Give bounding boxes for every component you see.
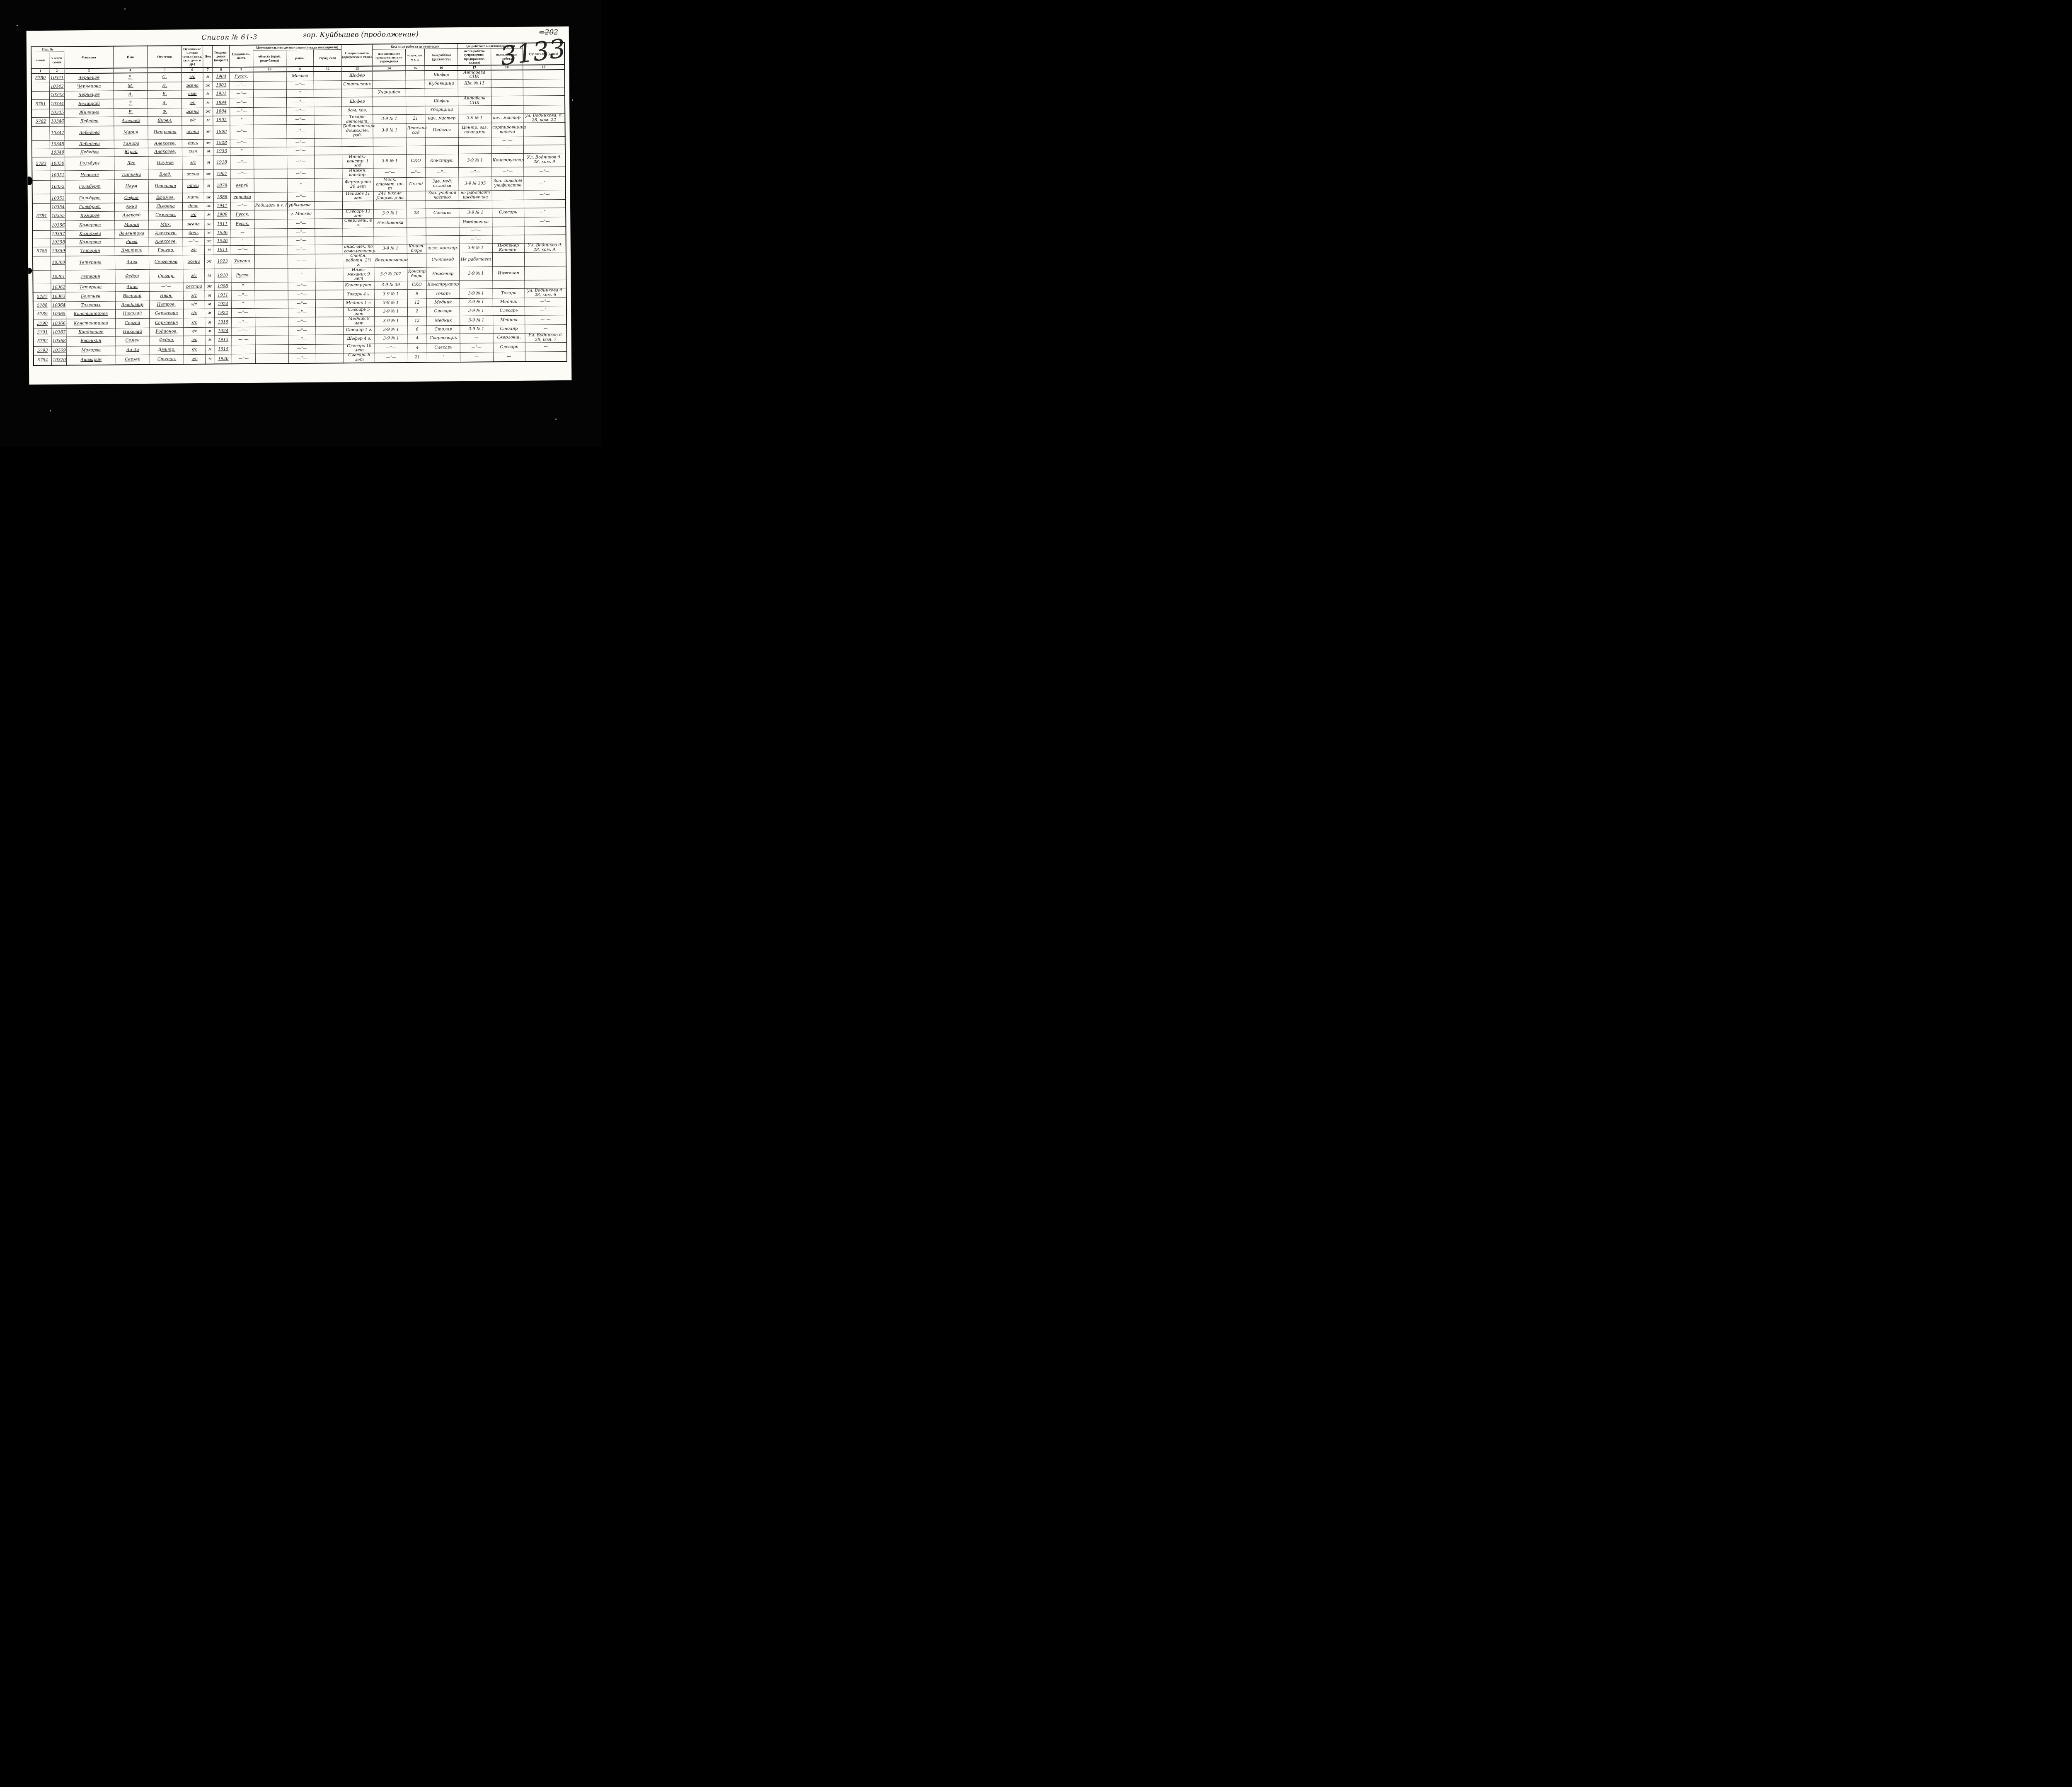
cell: Слесарь (427, 343, 460, 353)
cell: м (204, 246, 214, 255)
cell: Шофер (425, 97, 458, 106)
cell: 10364 (51, 302, 66, 310)
cell: Медник 1 г. (343, 299, 374, 308)
cell: Медник (426, 316, 460, 326)
cell (425, 88, 458, 97)
cell: А. (114, 90, 148, 99)
cell: —"— (230, 169, 254, 179)
cell: г/с (182, 72, 203, 82)
cell: Автобаза СНК (458, 96, 491, 106)
cell: Василий (115, 292, 149, 301)
cell: —"— (230, 107, 253, 116)
cell: Детский сад (406, 123, 425, 138)
cell: —"— (427, 353, 460, 363)
cell: —"— (288, 290, 315, 300)
cell: —"— (524, 176, 566, 190)
cell (458, 137, 491, 146)
cell: Алексей (114, 211, 149, 220)
cell (405, 70, 424, 80)
cell (315, 209, 343, 219)
cell: Сергеевна (149, 255, 183, 269)
cell: Константинов (66, 319, 116, 329)
cell: ж (204, 255, 214, 269)
cell (31, 140, 50, 149)
cell: София (114, 193, 149, 203)
cell: 1936 (214, 229, 231, 237)
cell: А. (148, 99, 182, 108)
scan-noise (17, 25, 18, 26)
cell (523, 145, 565, 153)
column-number: 3 (64, 68, 113, 73)
cell: Комарова (65, 220, 115, 230)
cell (373, 146, 406, 155)
header-birth-year: Год рож­дения (воз­раст) (212, 45, 230, 67)
cell: 1903 (213, 82, 230, 90)
cell: Фармацевт 20 лет (342, 178, 373, 192)
cell: Ул. Водников д. 28, ком. 9 (523, 153, 565, 167)
cell: Ал-др (116, 346, 150, 355)
cell: нач. мастер (425, 114, 458, 123)
cell: —"— (232, 335, 255, 345)
cell: Тетерин (65, 247, 115, 256)
cell: ж (204, 229, 213, 237)
cell: Центр. газ. почтамт (458, 123, 491, 137)
cell: Интех.-констр. 1 год (342, 155, 373, 169)
cell: Е. (114, 108, 148, 117)
cell (255, 327, 288, 336)
cell (341, 89, 373, 97)
evacuation-list-table: Пор. № Фамилия Имя Отчество Отношение к … (31, 42, 567, 366)
cell (491, 96, 523, 105)
cell: г/с (183, 269, 205, 283)
cell: Дмитр. (150, 345, 184, 355)
cell: г/с (184, 336, 205, 345)
cell (426, 200, 459, 209)
cell: 10342 (49, 83, 64, 91)
cell: —"— (524, 217, 566, 227)
cell: —"— (231, 245, 254, 255)
cell: —"— (491, 167, 523, 177)
column-number: 11 (286, 67, 314, 72)
header-family-members: чле­нов семей (49, 52, 64, 69)
cell: сын (182, 148, 203, 156)
cell: Родионов. (150, 328, 184, 336)
cell (315, 300, 343, 308)
cell (316, 308, 344, 317)
cell: 3-9 № 1 (458, 154, 491, 168)
cell: 10349 (50, 149, 65, 157)
cell: Влад. (148, 170, 183, 179)
cell: —"— (288, 335, 316, 344)
cell: Анна (114, 203, 148, 211)
cell: не работает иждивенка (459, 191, 492, 200)
cell (315, 201, 343, 210)
cell: —"— (232, 354, 255, 364)
cell: Т. (114, 99, 148, 108)
cell: Наумов (148, 156, 182, 170)
cell (407, 218, 426, 227)
cell (32, 171, 50, 180)
cell (255, 335, 288, 345)
cell: Комаров (65, 211, 115, 221)
cell (254, 155, 287, 169)
cell: —"— (524, 190, 566, 200)
cell: Петров. (149, 301, 183, 310)
cell: 5785 (33, 247, 51, 256)
cell: 5787 (33, 292, 51, 302)
cell: Шк. № 11 (458, 80, 491, 88)
cell (253, 98, 286, 107)
cell: Слесарь (426, 307, 460, 316)
cell: Конструк. (425, 154, 458, 168)
cell: Семен (115, 336, 150, 346)
cell: —"— (287, 147, 315, 155)
column-number: 16 (425, 65, 458, 70)
cell: ж (203, 108, 213, 116)
cell: Сверловщик (427, 334, 460, 343)
cell: 6 (407, 326, 426, 334)
cell (316, 353, 344, 363)
cell: —"— (286, 107, 314, 116)
cell: Кубовщица (425, 80, 458, 89)
cell (253, 107, 286, 116)
cell (407, 254, 426, 268)
cell (343, 228, 374, 237)
cell: Степан. (150, 355, 184, 365)
cell: 5791 (33, 329, 51, 337)
cell: —"— (230, 147, 254, 155)
cell (460, 281, 493, 289)
cell: —"— (288, 268, 315, 282)
cell (407, 227, 426, 236)
cell: Инж.-механик 9 лет (343, 268, 374, 282)
cell (491, 87, 523, 96)
cell (33, 270, 51, 284)
cell: Чернецов (64, 73, 114, 83)
cell: —"— (373, 168, 406, 178)
cell: Юрий (114, 148, 148, 157)
cell: 10356 (51, 221, 65, 230)
cell: Медник 9 лет (344, 317, 375, 326)
cell: еврейка (230, 192, 254, 202)
handwritten-stamp: 3133 (499, 37, 567, 68)
cell: 5793 (33, 346, 51, 356)
cell: Медник (493, 298, 525, 307)
cell: м (205, 309, 214, 318)
cell: 1913 (215, 336, 232, 345)
cell: 3-9 № 1 (460, 307, 493, 316)
cell (254, 254, 288, 268)
cell (254, 210, 287, 219)
cell: — (231, 229, 254, 237)
cell: Петровна (148, 126, 182, 140)
column-number: 13 (341, 66, 373, 71)
header-oblast: область (край, республика) (253, 50, 286, 67)
cell: 21 (408, 353, 427, 362)
ink-blot (26, 268, 32, 274)
cell: м (205, 345, 215, 355)
cell (406, 106, 425, 114)
cell: ж (204, 193, 213, 202)
cell: — (460, 352, 493, 362)
cell (32, 230, 51, 239)
cell: Учащийся (373, 89, 406, 97)
cell: м (205, 300, 214, 309)
cell: Библиотекарь дошкольн. раб. (342, 124, 373, 138)
cell: —"— (287, 155, 315, 169)
cell (254, 268, 288, 283)
cell (315, 282, 343, 290)
cell: м (203, 148, 213, 156)
cell: С. (148, 73, 182, 82)
cell (315, 219, 343, 228)
cell: Инжен. констр. (342, 168, 373, 178)
cell: Конст. бюро (407, 244, 426, 254)
cell: —"— (286, 97, 314, 107)
column-number: 12 (314, 66, 341, 71)
cell: 9 (407, 289, 426, 299)
table-body: 578010341ЧернецовЕ.С.г/см1904Русск.Москв… (31, 70, 566, 365)
cell (32, 239, 51, 247)
cell (254, 237, 288, 246)
cell (314, 138, 342, 147)
cell: 3-9 № 1 (459, 244, 492, 253)
cell (254, 178, 287, 192)
cell: 10361 (51, 270, 66, 284)
cell (316, 317, 344, 326)
cell: 3-9 № 1 (374, 299, 407, 307)
cell: Счетовод (426, 253, 459, 267)
cell: г/с (184, 309, 205, 318)
cell (491, 79, 523, 88)
cell: ж (203, 125, 213, 139)
cell: жена (182, 126, 203, 140)
cell: Лебедева (65, 140, 114, 149)
column-number: 8 (213, 67, 230, 72)
cell (315, 155, 342, 169)
cell (374, 236, 407, 244)
cell: 10351 (50, 171, 65, 180)
cell: —"— (288, 317, 316, 327)
cell (315, 192, 342, 201)
cell (253, 125, 286, 139)
cell (255, 300, 288, 309)
cell: Педагог (425, 123, 458, 138)
cell: Николай (115, 328, 149, 336)
cell: 10368 (51, 337, 66, 346)
cell: Медник (493, 316, 525, 325)
cell: Алла (115, 256, 149, 270)
table-header: Пор. № Фамилия Имя Отчество Отношение к … (31, 43, 564, 74)
cell: 1884 (213, 108, 230, 116)
cell: —"— (231, 308, 255, 318)
cell (524, 226, 566, 235)
cell: жена (182, 82, 203, 90)
cell (315, 169, 342, 178)
cell: Конструктор (491, 153, 523, 167)
cell: 1911 (213, 220, 230, 229)
cell: Лебедев (65, 148, 114, 157)
cell: 1928 (213, 139, 230, 148)
cell: Алексеев. (148, 139, 182, 148)
cell: Токарь 4 г. (343, 290, 374, 299)
cell: Столяр (493, 325, 525, 334)
cell: м (205, 318, 214, 328)
cell: жена (183, 255, 204, 269)
cell: —"— (286, 138, 314, 147)
cell: —"— (232, 345, 255, 354)
header-families: семей (31, 52, 49, 69)
cell: г/с (182, 98, 203, 108)
cell: м (203, 90, 213, 98)
cell: Чернецова (64, 82, 114, 91)
cell (32, 194, 51, 203)
cell: 1922 (214, 309, 231, 318)
cell: —"— (231, 237, 254, 245)
cell: 1878 (213, 179, 230, 193)
cell (254, 219, 287, 229)
cell (31, 91, 50, 99)
header-speciality: Специаль­ность (профессия и стаж) (341, 44, 373, 67)
cell (316, 344, 344, 353)
cell: 1923 (214, 255, 231, 269)
cell (458, 145, 491, 154)
cell: г/с (184, 355, 205, 364)
cell (255, 308, 288, 318)
cell (407, 236, 426, 244)
cell: 3-9 № 1 (459, 267, 492, 281)
cell: дом. хоз. (342, 106, 373, 115)
cell: м (203, 72, 212, 82)
cell (315, 290, 343, 300)
cell: мать (182, 193, 204, 202)
header-city: город, село (314, 50, 341, 67)
cell (32, 221, 51, 230)
cell: Русск. (230, 210, 254, 220)
cell: Тетерина (66, 283, 115, 292)
cell: 3-9 № 1 (460, 325, 493, 334)
cell: —"— (231, 283, 255, 291)
cell: 5790 (33, 319, 51, 329)
column-number: 15 (405, 66, 424, 71)
cell: Григор. (149, 269, 183, 283)
cell (253, 89, 286, 98)
cell: 28 (407, 209, 426, 218)
cell: 1918 (213, 156, 230, 170)
cell: Русск. (230, 72, 253, 82)
cell: Комарова (65, 230, 115, 239)
cell: Сергеевич (149, 309, 184, 319)
cell: —"— (288, 344, 316, 354)
cell: 1920 (215, 354, 232, 364)
cell: Шофер 4 г. (344, 334, 375, 344)
cell: —"— (231, 291, 255, 300)
cell: Алексей (114, 116, 148, 126)
cell (373, 80, 406, 89)
cell: —"— (459, 227, 492, 236)
cell (406, 138, 425, 146)
cell (343, 236, 374, 245)
cell: сын (182, 90, 203, 98)
cell: 10343 (49, 91, 64, 99)
cell: Белицкий (64, 99, 114, 109)
column-number: 6 (182, 68, 203, 73)
cell: г/с (182, 156, 204, 170)
cell (315, 254, 343, 268)
cell (406, 80, 425, 88)
column-number: 1 (31, 69, 49, 74)
header-rayon: район (286, 50, 314, 67)
cell: Чернецов (64, 91, 114, 99)
scan-noise (572, 99, 573, 101)
cell: 2 (407, 307, 426, 317)
cell: Е. (148, 90, 182, 99)
cell (254, 192, 287, 202)
cell (32, 180, 50, 194)
cell: Лебедев (65, 117, 114, 127)
cell: 3-9 № 305 (459, 177, 492, 191)
cell: —"— (287, 219, 315, 228)
header-position: Кем работал (должность) (424, 49, 457, 66)
cell: жена (183, 220, 204, 230)
cell: Зав. складом унификатов (491, 177, 523, 191)
cell: 1924 (214, 327, 231, 336)
column-number: 2 (49, 68, 64, 73)
cell (314, 81, 341, 89)
cell: Токарь-автомат. (342, 115, 373, 124)
cell: —"— (406, 168, 425, 177)
cell: 1908 (213, 125, 230, 139)
cell: 1931 (213, 90, 230, 98)
cell: —"— (491, 145, 523, 154)
cell: 1904 (213, 72, 230, 82)
cell: 1911 (214, 246, 231, 255)
cell (407, 201, 426, 209)
cell: 10360 (51, 256, 65, 270)
cell: 10348 (50, 140, 65, 149)
cell: 10358 (51, 239, 65, 247)
cell: 3-9 № 1 (458, 114, 491, 123)
cell: —"— (231, 318, 255, 327)
cell: 3-9 № 1 (375, 334, 408, 343)
cell: ж (204, 220, 213, 229)
cell: Евсенкин (66, 336, 116, 346)
cell: 3-9 № 207 (374, 267, 407, 281)
cell: —"— (460, 343, 493, 352)
cell: г/с (183, 291, 205, 301)
cell (492, 190, 524, 200)
cell: Зав. учебной частью (426, 191, 459, 201)
cell: 1915 (214, 318, 231, 327)
cell (491, 70, 523, 80)
cell: Федор (115, 269, 149, 283)
scan-noise (555, 418, 557, 420)
cell: 10345 (50, 109, 65, 117)
cell: нач. мастер. (491, 114, 523, 123)
cell: м (203, 156, 213, 170)
cell: Шофер (425, 70, 458, 80)
cell (315, 178, 342, 192)
cell: 5784 (32, 212, 51, 221)
scan-noise (124, 8, 126, 10)
cell (525, 352, 567, 362)
cell: Родилась в г. Куйбышеве (254, 201, 287, 210)
cell: 10370 (51, 355, 66, 365)
cell: — (460, 334, 493, 343)
cell (374, 227, 407, 236)
cell: И. (148, 82, 182, 91)
cell (523, 136, 565, 145)
